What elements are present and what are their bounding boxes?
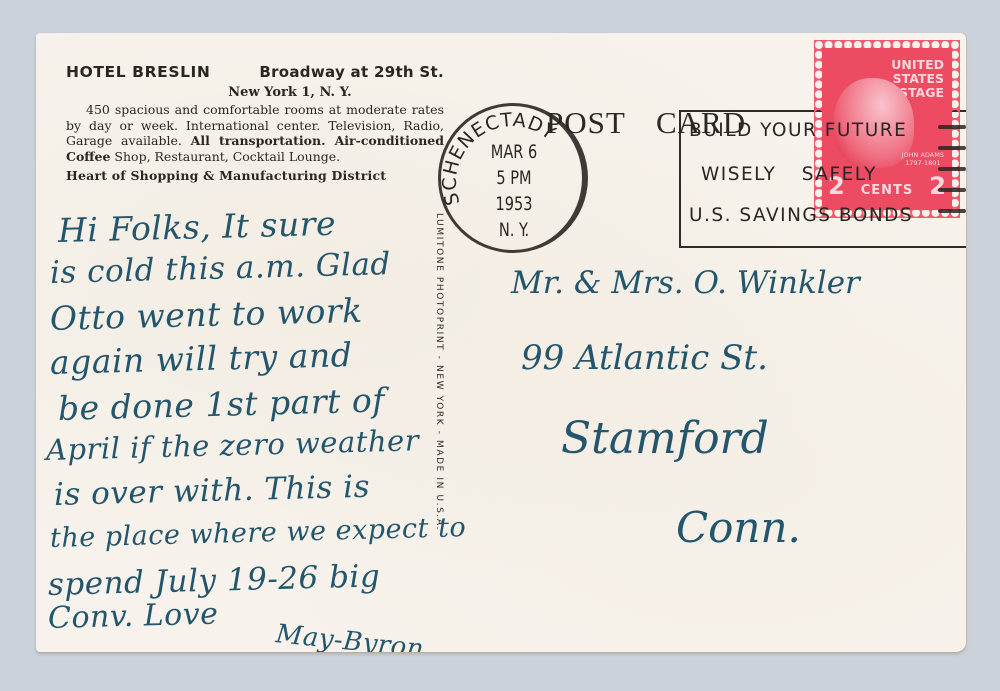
message-line: Otto went to work bbox=[49, 291, 363, 338]
postcard: HOTEL BRESLIN Broadway at 29th St. New Y… bbox=[36, 33, 966, 652]
hotel-description-part-3: Shop, Restaurant, Cocktail Lounge. bbox=[110, 149, 340, 164]
address-state: Conn. bbox=[676, 503, 801, 552]
message-line: is over with. This is bbox=[54, 469, 371, 513]
message-line: April if the zero weather bbox=[46, 423, 420, 467]
address-recipient: Mr. & Mrs. O. Winkler bbox=[511, 265, 860, 301]
signature: May-Byron bbox=[274, 619, 425, 652]
message-line: again will try and bbox=[49, 335, 352, 382]
hotel-location: Broadway at 29th St. bbox=[259, 63, 444, 81]
hotel-title-row: HOTEL BRESLIN Broadway at 29th St. bbox=[66, 63, 444, 81]
address-street: 99 Atlantic St. bbox=[521, 338, 768, 378]
cancel-bars-icon bbox=[938, 125, 966, 230]
postmark-date: MAR 6 bbox=[480, 139, 548, 165]
hotel-description: 450 spacious and comfortable rooms at mo… bbox=[66, 102, 444, 164]
message-line: Conv. Love bbox=[48, 597, 219, 636]
hotel-tagline: Heart of Shopping & Manufacturing Distri… bbox=[66, 168, 444, 183]
slogan-line-2: WISELY SAFELY bbox=[701, 164, 877, 185]
hotel-city: New York 1, N. Y. bbox=[136, 85, 444, 100]
message-line: be done 1st part of bbox=[57, 380, 385, 428]
address-city: Stamford bbox=[561, 413, 769, 464]
message-line: the place where we expect to bbox=[50, 512, 467, 554]
postmark-time: 5 PM bbox=[480, 165, 548, 191]
hotel-advertisement: HOTEL BRESLIN Broadway at 29th St. New Y… bbox=[66, 63, 444, 183]
slogan-line-3: U.S. SAVINGS BONDS bbox=[689, 205, 913, 226]
postmark-circle: SCHENECTADY MAR 6 5 PM 1953 N. Y. bbox=[438, 103, 588, 253]
slogan-line-1: BUILD YOUR FUTURE bbox=[689, 120, 907, 141]
postmark-date-block: MAR 6 5 PM 1953 N. Y. bbox=[480, 139, 548, 243]
message-line: is cold this a.m. Glad bbox=[50, 246, 392, 291]
hotel-name: HOTEL BRESLIN bbox=[66, 63, 211, 81]
postmark-year: 1953 bbox=[480, 191, 548, 217]
message-line: Hi Folks, It sure bbox=[57, 204, 336, 250]
publisher-imprint: LUMITONE PHOTOPRINT - NEW YORK - MADE IN… bbox=[434, 213, 444, 623]
stamp-unit: CENTS bbox=[861, 183, 914, 198]
stamp-country-line: UNITED bbox=[879, 58, 944, 72]
postmark-state: N. Y. bbox=[480, 217, 548, 243]
